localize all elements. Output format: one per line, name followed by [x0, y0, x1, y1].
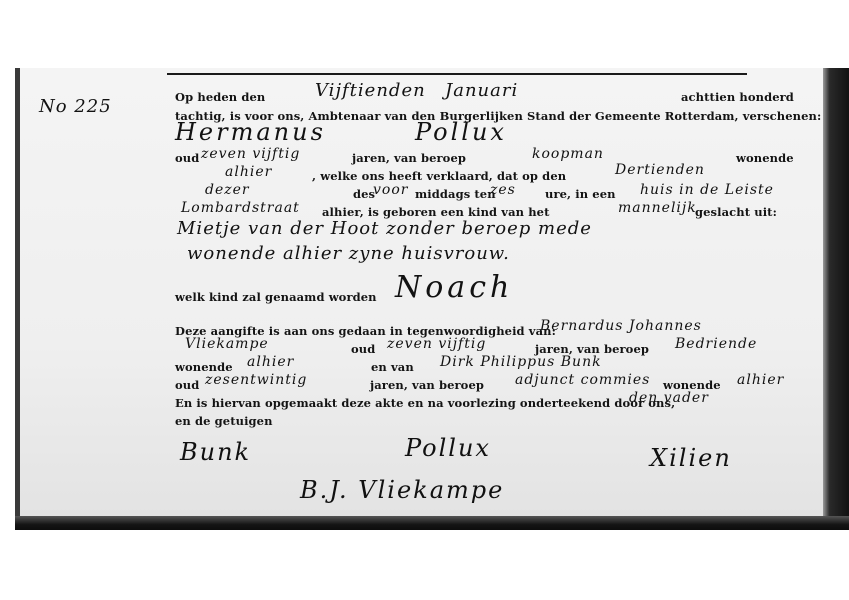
hw-time-of-day: voor [373, 182, 408, 198]
hw-birth-day: Dertienden [615, 162, 705, 178]
printed-welk-kind: welk kind zal genaamd worden [175, 290, 377, 304]
hw-declarant-last: Pollux [415, 118, 507, 146]
printed-oud-3: oud [175, 378, 199, 392]
hw-mother-line-1: Mietje van der Hoot zonder beroep mede [177, 218, 592, 239]
hw-month: Januari [445, 80, 518, 101]
hw-street: Lombardstraat [181, 200, 300, 216]
printed-op-heden: Op heden den [175, 90, 265, 104]
signature-bunk: Bunk [180, 438, 251, 466]
hw-witness2-residence: alhier [737, 372, 784, 388]
printed-jaren-3: jaren, van beroep [370, 378, 484, 392]
hw-day: Vijftienden [315, 80, 426, 101]
hw-declarant-residence: alhier [225, 164, 272, 180]
hw-declarant-first: Hermanus [175, 118, 326, 146]
left-edge-line [15, 68, 20, 530]
hw-witness2-occupation: adjunct commies [515, 372, 650, 388]
signature-xilien: Xilien [650, 444, 732, 472]
hw-mother-line-2: wonende alhier zyne huisvrouw. [187, 243, 510, 264]
hw-witness2-age: zesentwintig [205, 372, 307, 388]
printed-geslacht: geslacht uit: [695, 205, 777, 219]
printed-ure: ure, in een [545, 187, 616, 201]
printed-oud: oud [175, 151, 199, 165]
printed-en-is-hiervan: En is hiervan opgemaakt deze akte en na … [175, 396, 675, 410]
top-rule-line [167, 73, 747, 75]
printed-wonende: wonende [736, 151, 794, 165]
printed-jaren: jaren, van beroep [352, 151, 466, 165]
printed-alhier-geboren: alhier, is geboren een kind van het [322, 205, 549, 219]
hw-birth-month: dezer [205, 182, 250, 198]
hw-witness1-occupation: Bedriende [675, 336, 757, 352]
hw-witness2-name: Dirk Philippus Bunk [440, 354, 602, 370]
printed-achttien: achttien honderd [681, 90, 794, 104]
signature-vliekampe: B.J. Vliekampe [300, 476, 504, 504]
printed-middags: middags ten [415, 187, 496, 201]
bottom-scan-border [15, 516, 849, 530]
printed-welke-ons: , welke ons heeft verklaard, dat op den [312, 169, 566, 183]
right-scan-border [823, 68, 849, 530]
printed-en-van: en van [371, 360, 414, 374]
printed-oud-2: oud [351, 342, 375, 356]
printed-en-de-getuigen: en de getuigen [175, 414, 273, 428]
hw-place: huis in de Leiste [640, 182, 774, 198]
hw-child-name: Noach [395, 270, 513, 305]
hw-witness1-last: Vliekampe [185, 336, 269, 352]
hw-sex: mannelijk [618, 200, 697, 216]
hw-declarant-age: zeven vijftig [201, 146, 300, 162]
signature-pollux: Pollux [405, 434, 491, 462]
hw-declarant-occupation: koopman [532, 146, 604, 162]
hw-witness1-first: Bernardus Johannes [540, 318, 702, 334]
scanned-birth-record: No 225 Op heden den Vijftienden Januari … [15, 68, 849, 530]
printed-des: des [353, 187, 375, 201]
hw-witness1-age: zeven vijftig [387, 336, 486, 352]
record-number: No 225 [39, 96, 112, 117]
hw-witness1-residence: alhier [247, 354, 294, 370]
hw-hour: zes [490, 182, 516, 198]
hw-signer-note: den vader [629, 390, 709, 406]
